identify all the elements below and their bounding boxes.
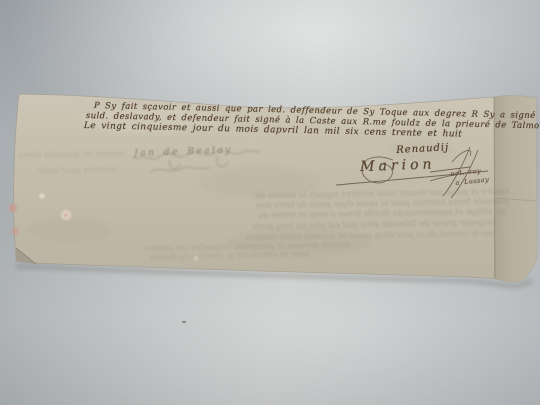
signature-marion: Marion xyxy=(360,156,436,175)
manuscript-photo: P Sy fait sçavoir et aussi que par led. … xyxy=(0,0,540,405)
